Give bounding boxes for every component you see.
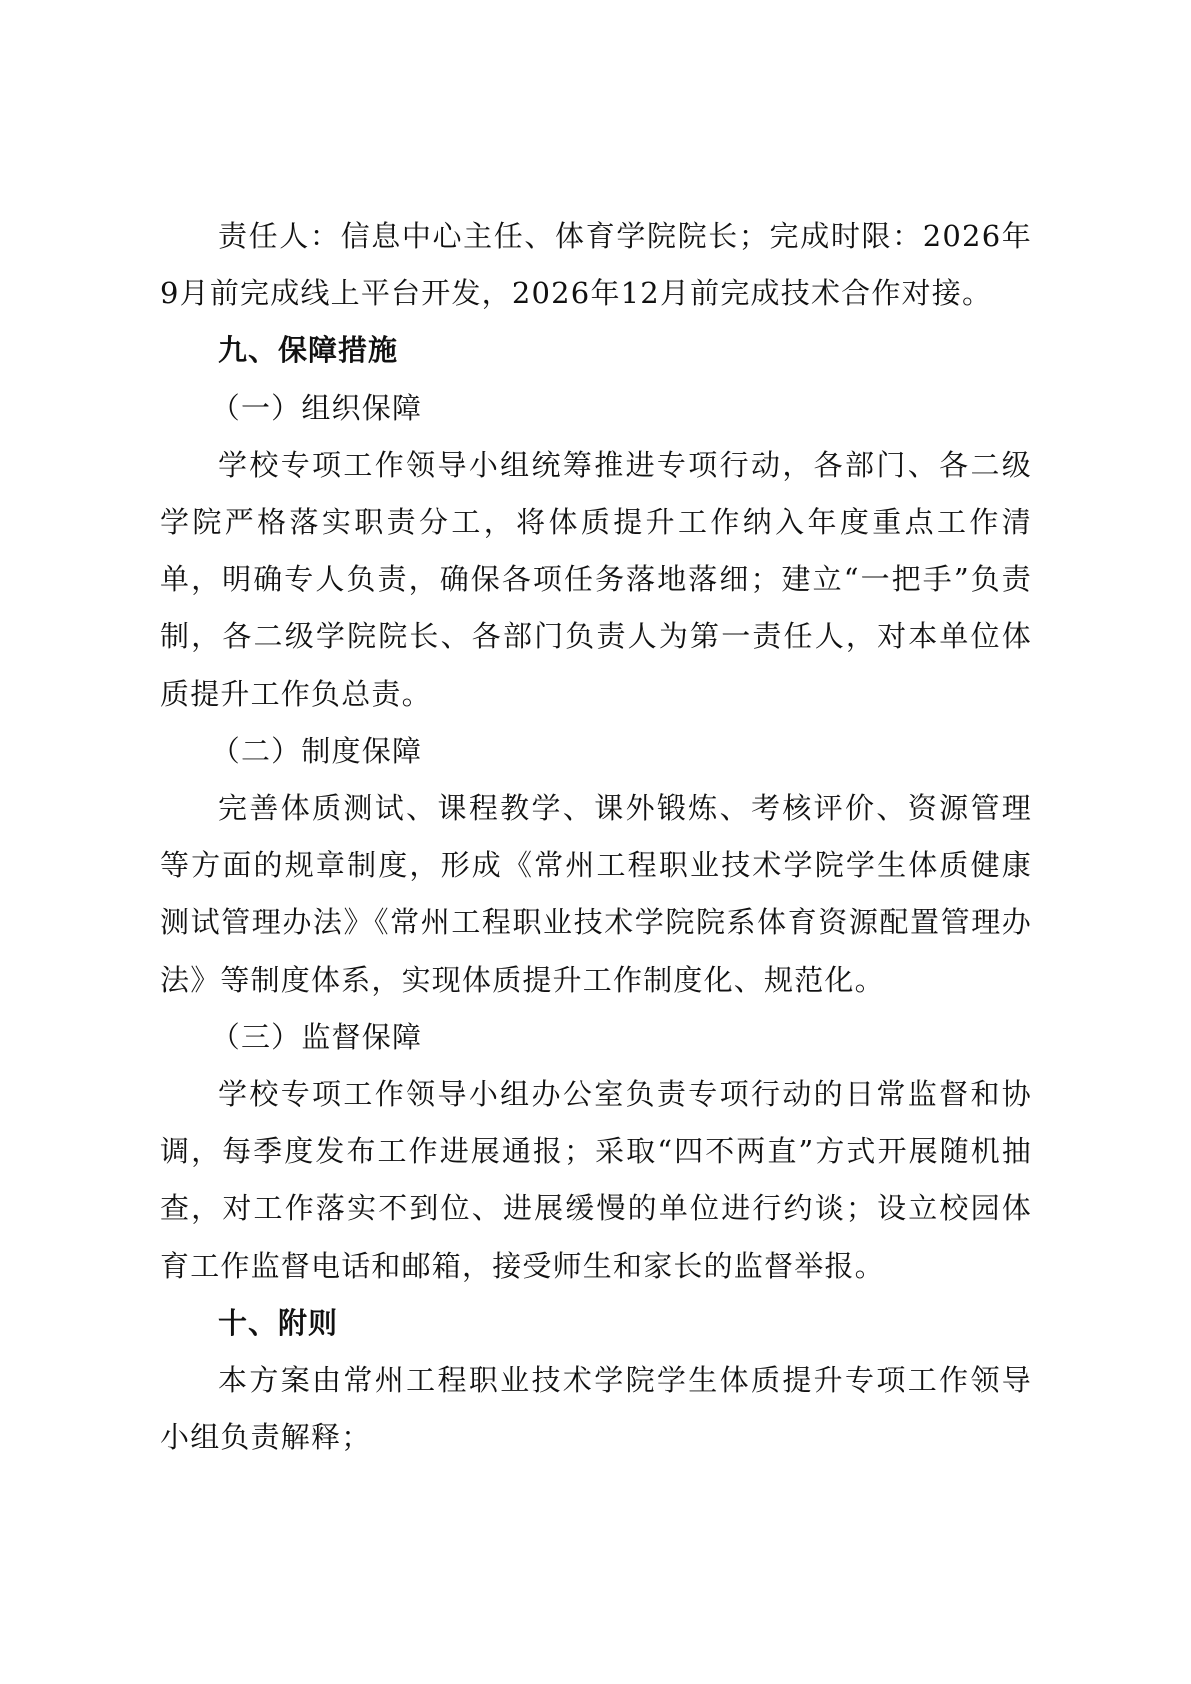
supplementary-paragraph: 本方案由常州工程职业技术学院学生体质提升专项工作领导小组负责解释； [160, 1352, 1032, 1466]
institutional-paragraph: 完善体质测试、课程教学、课外锻炼、考核评价、资源管理等方面的规章制度，形成《常州… [160, 780, 1032, 1009]
document-page: 责任人：信息中心主任、体育学院院长；完成时限：2026年9月前完成线上平台开发，… [160, 208, 1032, 1466]
section-heading-safeguards: 九、保障措施 [160, 322, 1032, 379]
subheading-supervision: （三）监督保障 [160, 1009, 1032, 1066]
subheading-organizational: （一）组织保障 [160, 380, 1032, 437]
organizational-paragraph: 学校专项工作领导小组统筹推进专项行动，各部门、各二级学院严格落实职责分工，将体质… [160, 437, 1032, 723]
subheading-institutional: （二）制度保障 [160, 723, 1032, 780]
responsibility-paragraph: 责任人：信息中心主任、体育学院院长；完成时限：2026年9月前完成线上平台开发，… [160, 208, 1032, 322]
section-heading-supplementary: 十、附则 [160, 1295, 1032, 1352]
supervision-paragraph: 学校专项工作领导小组办公室负责专项行动的日常监督和协调，每季度发布工作进展通报；… [160, 1066, 1032, 1295]
